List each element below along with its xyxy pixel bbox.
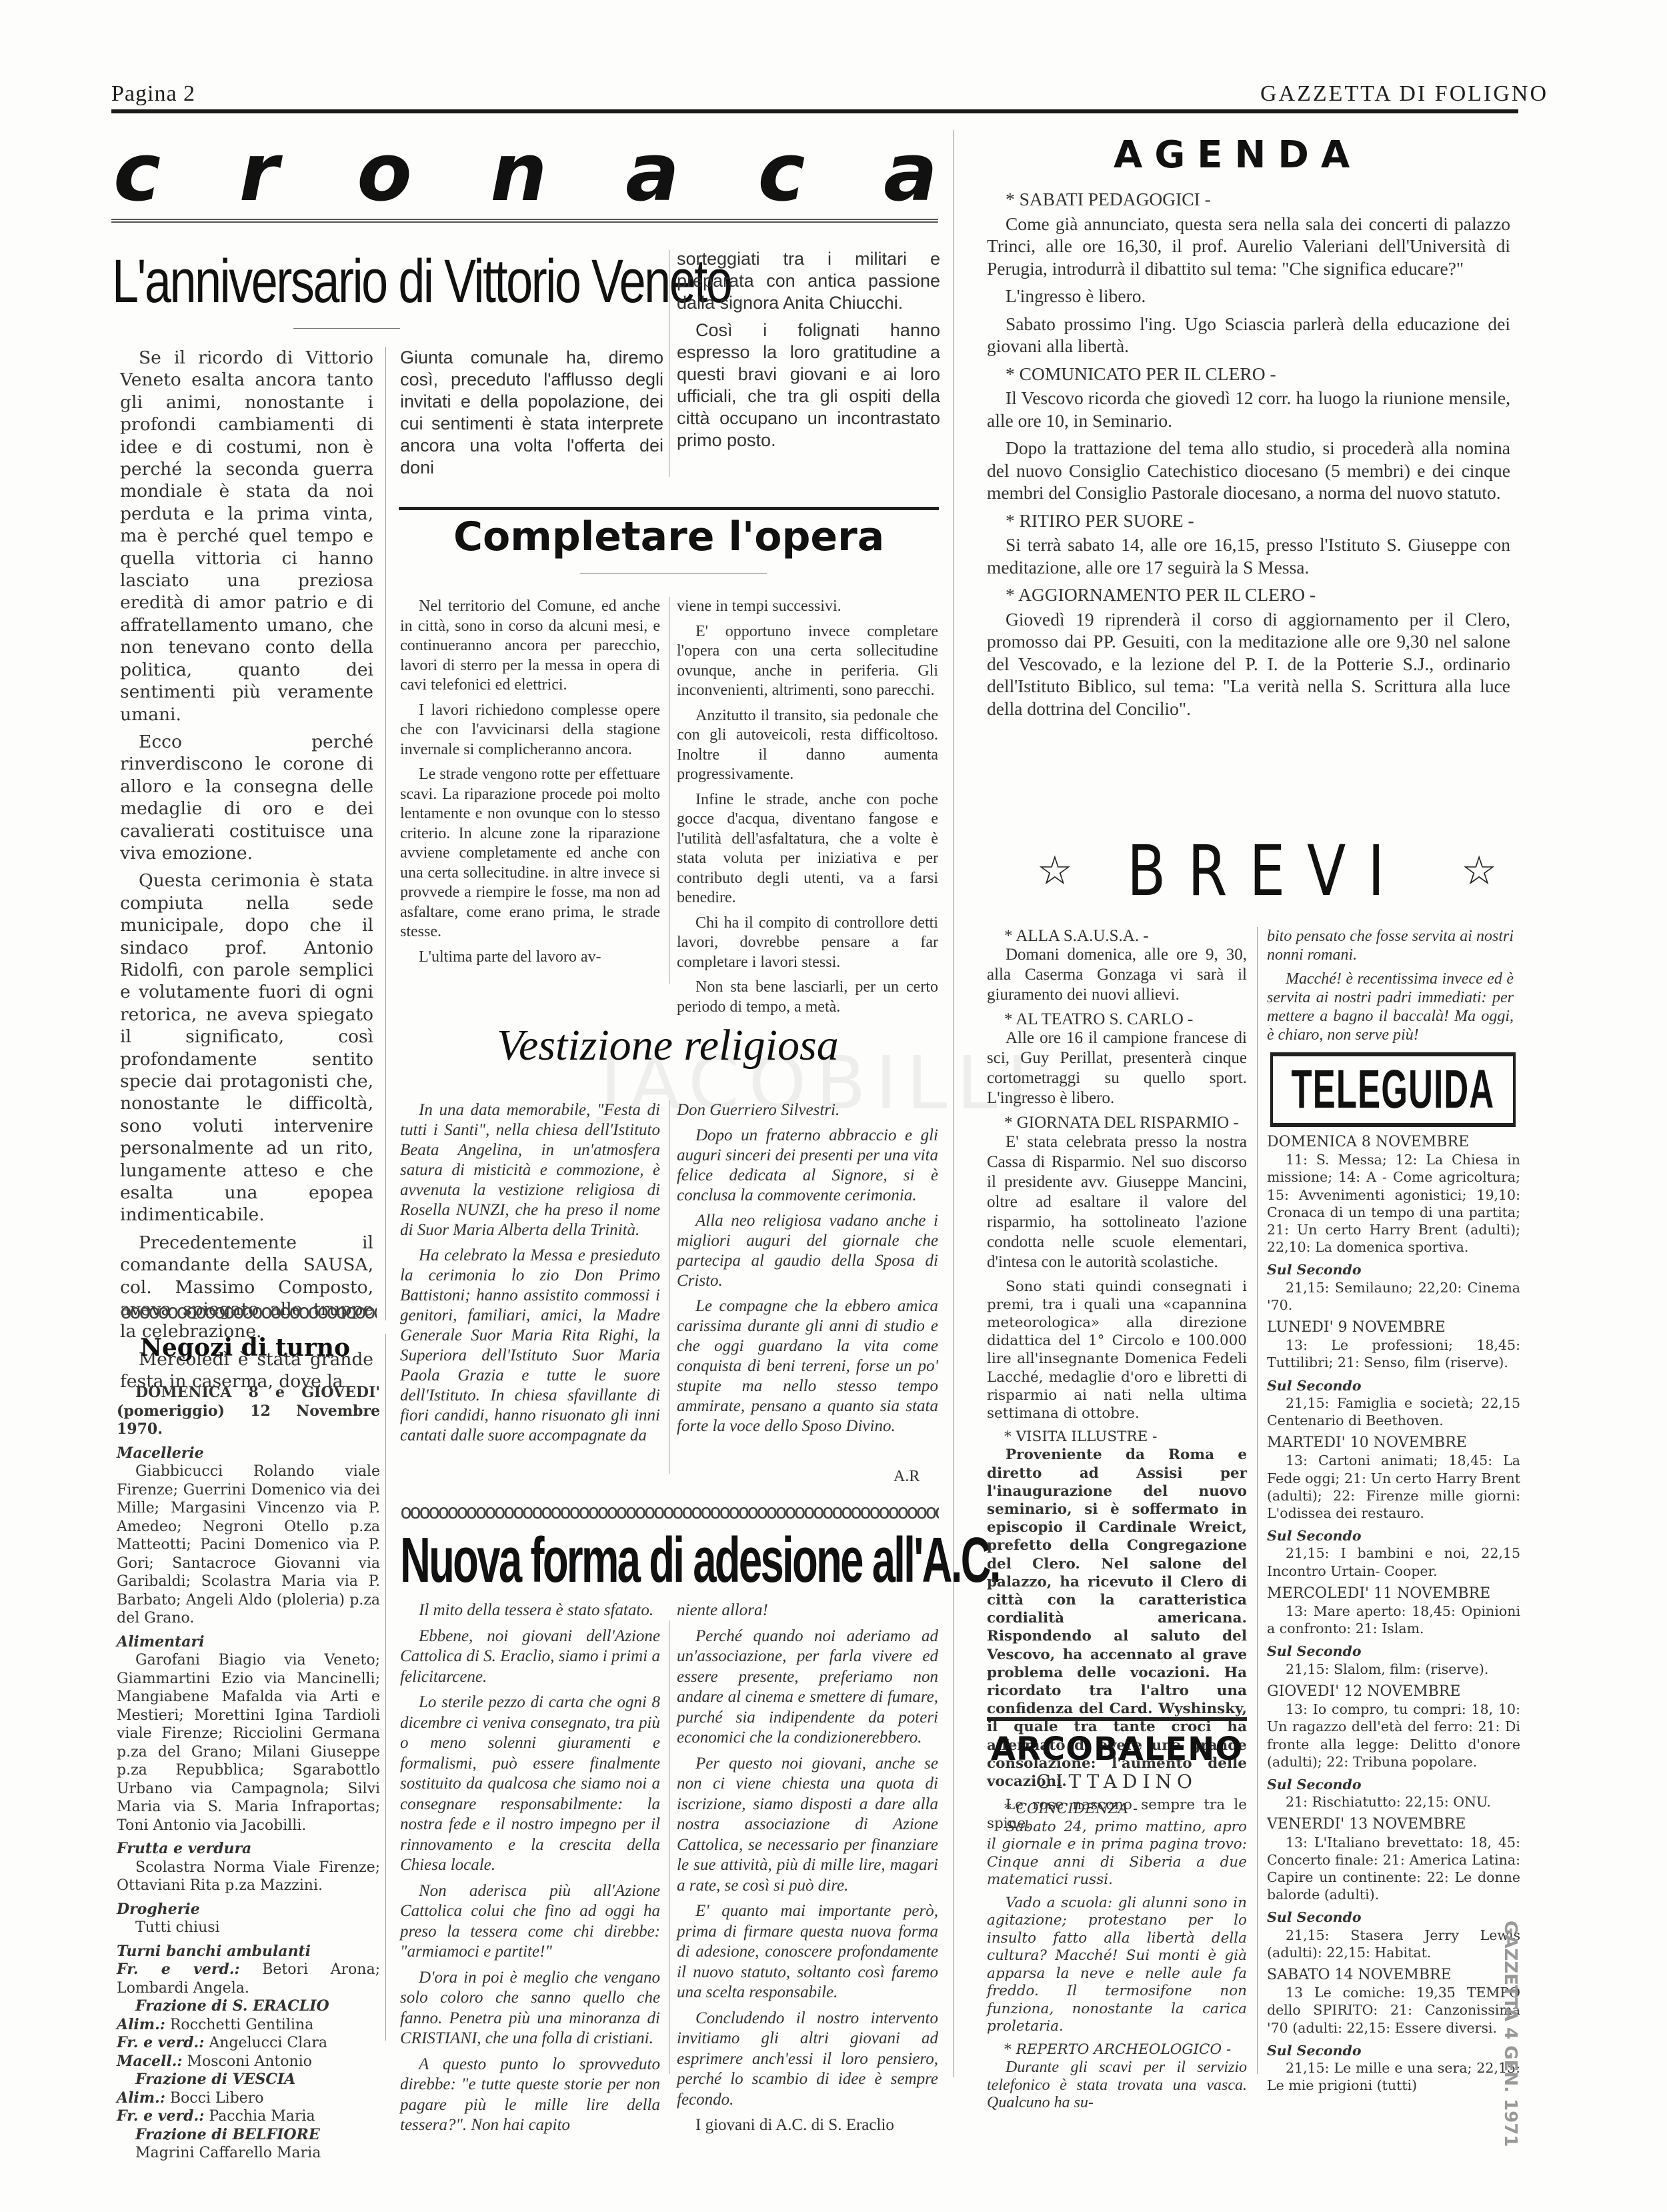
article-body-col2: Giunta comunale ha, diremo così, precedu… <box>400 347 663 484</box>
paragraph: Infine le strade, anche con poche gocce … <box>677 790 938 908</box>
teleguida-second-label: Sul Secondo <box>1267 1909 1520 1926</box>
agenda-list: * SABATI PEDAGOGICI - Come già annunciat… <box>987 188 1510 725</box>
teleguida-second-channel: 21,15: Stasera Jerry Lewis (adulti): 22,… <box>1267 1927 1520 1961</box>
negozi-entries: Garofani Biagio via Veneto; Giammartini … <box>117 1651 380 1835</box>
paragraph: Come già annunciato, questa sera nella s… <box>987 213 1510 280</box>
paragraph: Anzitutto il transito, sia pedonale che … <box>677 706 938 785</box>
paragraph: E' stata celebrata presso la nostra Cass… <box>987 1132 1247 1272</box>
negozi-line: Fr. e verd.: Pacchia Maria <box>117 2107 380 2126</box>
section-letter: a <box>625 133 679 213</box>
teleguida-first-channel: 11: S. Messa; 12: La Chiesa in missione;… <box>1267 1151 1520 1256</box>
decorative-chain-divider: oooooooooooooooooooooooooooooooooooooooo… <box>400 1500 939 1524</box>
paragraph: Alla neo religiosa vadano anche i miglio… <box>677 1211 938 1291</box>
teleguida-second-label: Sul Secondo <box>1267 2042 1520 2059</box>
teleguida-second-channel: 21,15: Le mille e una sera; 22,15: Le mi… <box>1267 2059 1520 2094</box>
star-icon: ☆ <box>1461 848 1497 894</box>
negozi-line: Macell.: Mosconi Antonio <box>117 2053 380 2071</box>
paragraph: Durante gli scavi per il servizio telefo… <box>987 2059 1247 2112</box>
negozi-category: Drogherie <box>117 1901 380 1919</box>
negozi-intro: DOMENICA 8 e GIOVEDI' (pomeriggio) 12 No… <box>117 1384 380 1439</box>
paragraph: I lavori richiedono complesse opere che … <box>400 701 660 760</box>
paragraph: sorteggiati tra i militari e preparata c… <box>677 248 940 314</box>
brevi-item-heading: * VISITA ILLUSTRE - <box>987 1428 1247 1446</box>
negozi-category: Macellerie <box>117 1444 380 1463</box>
teleguida-first-channel: 13: Mare aperto: 18,45: Opinioni a confr… <box>1267 1602 1520 1637</box>
article-body-col1: In una data memorabile, "Festa di tutti … <box>400 1100 660 1451</box>
paragraph: Questa cerimonia è stata compiuta nella … <box>120 870 373 1226</box>
paragraph: Ebbene, noi giovani dell'Azione Cattolic… <box>400 1626 660 1688</box>
paragraph: Alle ore 16 il campione francese di sci,… <box>987 1028 1247 1108</box>
article-title-nuova-forma: Nuova forma di adesione all'A.C. <box>400 1524 1000 1597</box>
paragraph: viene in tempi successivi. <box>677 597 938 617</box>
paragraph: Le compagne che la ebbero amica carissim… <box>677 1296 938 1436</box>
agenda-item-heading: * SABATI PEDAGOGICI - <box>987 188 1510 211</box>
article-body-col1: Se il ricordo di Vittorio Veneto esalta … <box>120 347 373 1398</box>
teleguida-day: LUNEDI' 9 NOVEMBRE <box>1267 1319 1520 1336</box>
paragraph: Ha celebrato la Messa e presieduto la ce… <box>400 1246 660 1446</box>
section-title-negozi: Negozi di turno <box>140 1334 350 1362</box>
section-rule <box>399 507 939 510</box>
frazione-heading: Frazione di S. ERACLIO <box>117 1997 380 2016</box>
section-title-cronaca: c r o n a c a <box>113 133 938 213</box>
paragraph: Concludendo il nostro intervento invitia… <box>677 2009 938 2111</box>
paragraph: Don Guerriero Silvestri. <box>677 1100 938 1120</box>
masthead: GAZZETTA DI FOLIGNO <box>1260 81 1548 107</box>
paragraph: Le strade vengono rotte per effettuare s… <box>400 765 660 942</box>
section-title-arcobaleno: ARCOBALENO <box>987 1731 1247 1768</box>
teleguida-day: MERCOLEDI' 11 NOVEMBRE <box>1267 1585 1520 1602</box>
section-rule <box>111 219 938 223</box>
arcobaleno-item-heading: * COINCIDENZA - <box>987 1801 1247 1819</box>
section-letter: a <box>884 133 938 213</box>
negozi-entries: Scolastra Norma Viale Firenze; Ottaviani… <box>117 1859 380 1895</box>
paragraph: Giovedì 19 riprenderà il corso di aggior… <box>987 608 1510 720</box>
brevi-item-heading: * AL TEATRO S. CARLO - <box>987 1010 1247 1028</box>
teleguida-second-label: Sul Secondo <box>1267 1261 1520 1278</box>
article-title-completare: Completare l'opera <box>453 513 884 560</box>
paragraph: Giunta comunale ha, diremo così, precedu… <box>400 347 663 479</box>
article-body-col1: Il mito della tessera è stato sfatato. E… <box>400 1600 660 2141</box>
negozi-entries: Giabbicucci Rolando viale Firenze; Guerr… <box>117 1462 380 1628</box>
paragraph: A questo punto lo sprovveduto direbbe: "… <box>400 2055 660 2136</box>
column-divider <box>385 347 386 1320</box>
column-divider <box>954 130 954 2077</box>
negozi-entries: Tutti chiusi <box>117 1919 380 1937</box>
paragraph: Lo sterile pezzo di carta che ogni 8 dic… <box>400 1693 660 1876</box>
brevi-col1: * ALLA S.A.U.S.A. - Domani domenica, all… <box>987 927 1247 1838</box>
article-body-col2: niente allora! Perché quando noi aderiam… <box>677 1600 938 2141</box>
paragraph: Si terrà sabato 14, alle ore 16,15, pres… <box>987 533 1510 578</box>
agenda-item-heading: * RITIRO PER SUORE - <box>987 509 1510 532</box>
article-signature: I giovani di A.C. di S. Eraclio <box>677 2115 938 2136</box>
section-letter: o <box>357 133 411 213</box>
negozi-line: Alim.: Bocci Libero <box>117 2089 380 2108</box>
decorative-chain-divider: oooooooooooooooooooooooooooooo <box>120 1300 377 1324</box>
paragraph: L'ingresso è libero. <box>987 285 1510 307</box>
brevi-title: BREVI <box>1127 830 1406 912</box>
paragraph: L'ultima parte del lavoro av- <box>400 948 660 968</box>
teleguida-second-channel: 21,15: Slalom, film: (riserve). <box>1267 1661 1520 1678</box>
teleguida-day: GIOVEDI' 12 NOVEMBRE <box>1267 1683 1520 1701</box>
teleguida-title: TELEGUIDA <box>1292 1058 1495 1121</box>
teleguida-second-channel: 21,15: I bambini e noi, 22,15 Incontro U… <box>1267 1544 1520 1579</box>
paragraph: D'ora in poi è meglio che vengano solo c… <box>400 1968 660 2049</box>
section-subtitle-arcobaleno: CITTADINO <box>987 1771 1247 1793</box>
negozi-line: Alim.: Rocchetti Gentilina <box>117 2016 380 2035</box>
frazione-heading: Frazione di VESCIA <box>117 2071 380 2089</box>
negozi-category: Turni banchi ambulanti <box>117 1943 380 1961</box>
teleguida-day: VENERDI' 13 NOVEMBRE <box>1267 1816 1520 1833</box>
paragraph: Nel territorio del Comune, ed anche in c… <box>400 597 660 696</box>
paragraph: Domani domenica, alle ore 9, 30, alla Ca… <box>987 945 1247 1005</box>
paragraph: Il Vescovo ricorda che giovedì 12 corr. … <box>987 387 1510 431</box>
article-signature: A.R <box>894 1467 920 1487</box>
column-divider <box>669 1100 669 1474</box>
negozi-category: Alimentari <box>117 1633 380 1652</box>
article-body-col1: Nel territorio del Comune, ed anche in c… <box>400 597 660 972</box>
brevi-item-heading: * ALLA S.A.U.S.A. - <box>987 927 1247 945</box>
article-title-vittorio: L'anniversario di Vittorio Veneto <box>112 247 731 317</box>
paragraph: Precedentemente il comandante della SAUS… <box>120 1232 373 1343</box>
teleguida-second-channel: 21,15: Famiglia e società; 22,15 Centena… <box>1267 1394 1520 1429</box>
teleguida-second-label: Sul Secondo <box>1267 1377 1520 1394</box>
page-number: Pagina 2 <box>111 81 195 107</box>
column-divider <box>1257 927 1258 2074</box>
negozi-line: Magrini Caffarello Maria <box>117 2144 380 2163</box>
arcobaleno-item-heading: * REPERTO ARCHEOLOGICO - <box>987 2041 1247 2059</box>
paragraph: Chi ha il compito di controllore detti l… <box>677 914 938 973</box>
teleguida-second-channel: 21,15: Semilauno; 22,20: Cinema '70. <box>1267 1279 1520 1314</box>
teleguida-first-channel: 13 Le comiche: 19,35 TEMPO dello SPIRITO… <box>1267 1984 1520 2037</box>
section-letter: c <box>113 133 161 213</box>
brevi-item-heading: * GIORNATA DEL RISPARMIO - <box>987 1114 1247 1132</box>
teleguida-day: DOMENICA 8 NOVEMBRE <box>1267 1134 1520 1151</box>
star-icon: ☆ <box>1037 848 1073 894</box>
article-title-vestizione: Vestizione religiosa <box>497 1020 839 1071</box>
paragraph: E' quanto mai importante però, prima di … <box>677 1901 938 2003</box>
section-rule <box>987 1717 1247 1721</box>
teleguida-day: MARTEDI' 10 NOVEMBRE <box>1267 1434 1520 1452</box>
teleguida-schedule: DOMENICA 8 NOVEMBRE 11: S. Messa; 12: La… <box>1267 1134 1520 2099</box>
teleguida-box: TELEGUIDA <box>1270 1052 1516 1127</box>
teleguida-second-label: Sul Secondo <box>1267 1527 1520 1544</box>
paragraph: Sabato 24, primo mattino, apro il giorna… <box>987 1819 1247 1889</box>
column-divider <box>669 1620 669 2074</box>
article-body-col2: viene in tempi successivi. E' opportuno … <box>677 597 938 1022</box>
section-title-brevi: ☆ BREVI ☆ <box>1037 830 1497 912</box>
article-body-col3: sorteggiati tra i militari e preparata c… <box>677 248 940 457</box>
negozi-category: Frutta e verdura <box>117 1840 380 1859</box>
paragraph: Perché quando noi aderiamo ad un'associa… <box>677 1626 938 1749</box>
paragraph: Non aderisca più all'Azione Cattolica co… <box>400 1881 660 1963</box>
teleguida-second-label: Sul Secondo <box>1267 1776 1520 1793</box>
brevi-col2: bito pensato che fosse servita ai nostri… <box>1267 927 1514 1050</box>
top-rule <box>111 109 1518 113</box>
column-divider <box>385 1334 386 2041</box>
paragraph: In una data memorabile, "Festa di tutti … <box>400 1100 660 1240</box>
paragraph: Così i folignati hanno espresso la loro … <box>677 319 940 451</box>
agenda-item-heading: * COMUNICATO PER IL CLERO - <box>987 363 1510 385</box>
section-letter: n <box>490 133 547 213</box>
paragraph: Il mito della tessera è stato sfatato. <box>400 1600 660 1621</box>
teleguida-first-channel: 13: Le professioni; 18,45: Tuttilibri; 2… <box>1267 1336 1520 1371</box>
teleguida-second-label: Sul Secondo <box>1267 1642 1520 1660</box>
paragraph: Sabato prossimo l'ing. Ugo Sciascia parl… <box>987 313 1510 357</box>
negozi-line: Fr. e verd.: Betori Arona; Lombardi Ange… <box>117 1961 380 1997</box>
paragraph: Macché! è recentissima invece ed è servi… <box>1267 970 1514 1044</box>
paragraph: Dopo la trattazione del tema allo studio… <box>987 437 1510 504</box>
teleguida-first-channel: 13: Cartoni animati; 18,45: La Fede oggi… <box>1267 1452 1520 1522</box>
paragraph: E' opportuno invece completare l'opera c… <box>677 622 938 701</box>
paragraph: Per questo noi giovani, anche se non ci … <box>677 1754 938 1897</box>
negozi-list: DOMENICA 8 e GIOVEDI' (pomeriggio) 12 No… <box>117 1384 380 2163</box>
paragraph: bito pensato che fosse servita ai nostri… <box>1267 927 1514 964</box>
paragraph: Sono stati quindi consegnati i premi, tr… <box>987 1278 1247 1423</box>
teleguida-day: SABATO 14 NOVEMBRE <box>1267 1967 1520 1984</box>
archive-stamp: GAZZETTA 4 GEN. 1971 <box>1500 1921 1520 2147</box>
teleguida-second-channel: 21: Rischiatutto: 22,15: ONU. <box>1267 1793 1520 1811</box>
title-underline <box>293 328 400 329</box>
article-body-col2: Don Guerriero Silvestri. Dopo un fratern… <box>677 1100 938 1442</box>
negozi-line: Fr. e verd.: Angelucci Clara <box>117 2034 380 2053</box>
section-letter: r <box>239 133 279 213</box>
paragraph: Ecco perché rinverdiscono le corone di a… <box>120 731 373 864</box>
paragraph: niente allora! <box>677 1600 938 1621</box>
agenda-item-heading: * AGGIORNAMENTO PER IL CLERO - <box>987 584 1510 606</box>
teleguida-first-channel: 13: Io compro, tu compri: 18, 10: Un rag… <box>1267 1701 1520 1771</box>
paragraph: Dopo un fraterno abbraccio e gli auguri … <box>677 1126 938 1206</box>
column-divider <box>669 597 669 984</box>
section-title-agenda: AGENDA <box>1114 133 1362 177</box>
arcobaleno-list: * COINCIDENZA - Sabato 24, primo mattino… <box>987 1801 1247 2117</box>
paragraph: Se il ricordo di Vittorio Veneto esalta … <box>120 347 373 726</box>
section-letter: c <box>757 133 805 213</box>
teleguida-first-channel: 13: L'Italiano brevettato: 18, 45: Conce… <box>1267 1834 1520 1904</box>
paragraph: Vado a scuola: gli alunni sono in agitaz… <box>987 1895 1247 2036</box>
title-underline <box>580 574 767 574</box>
paragraph: Non sta bene lasciarli, per un certo per… <box>677 978 938 1017</box>
column-divider <box>669 250 669 477</box>
frazione-heading: Frazione di BELFIORE <box>117 2126 380 2145</box>
